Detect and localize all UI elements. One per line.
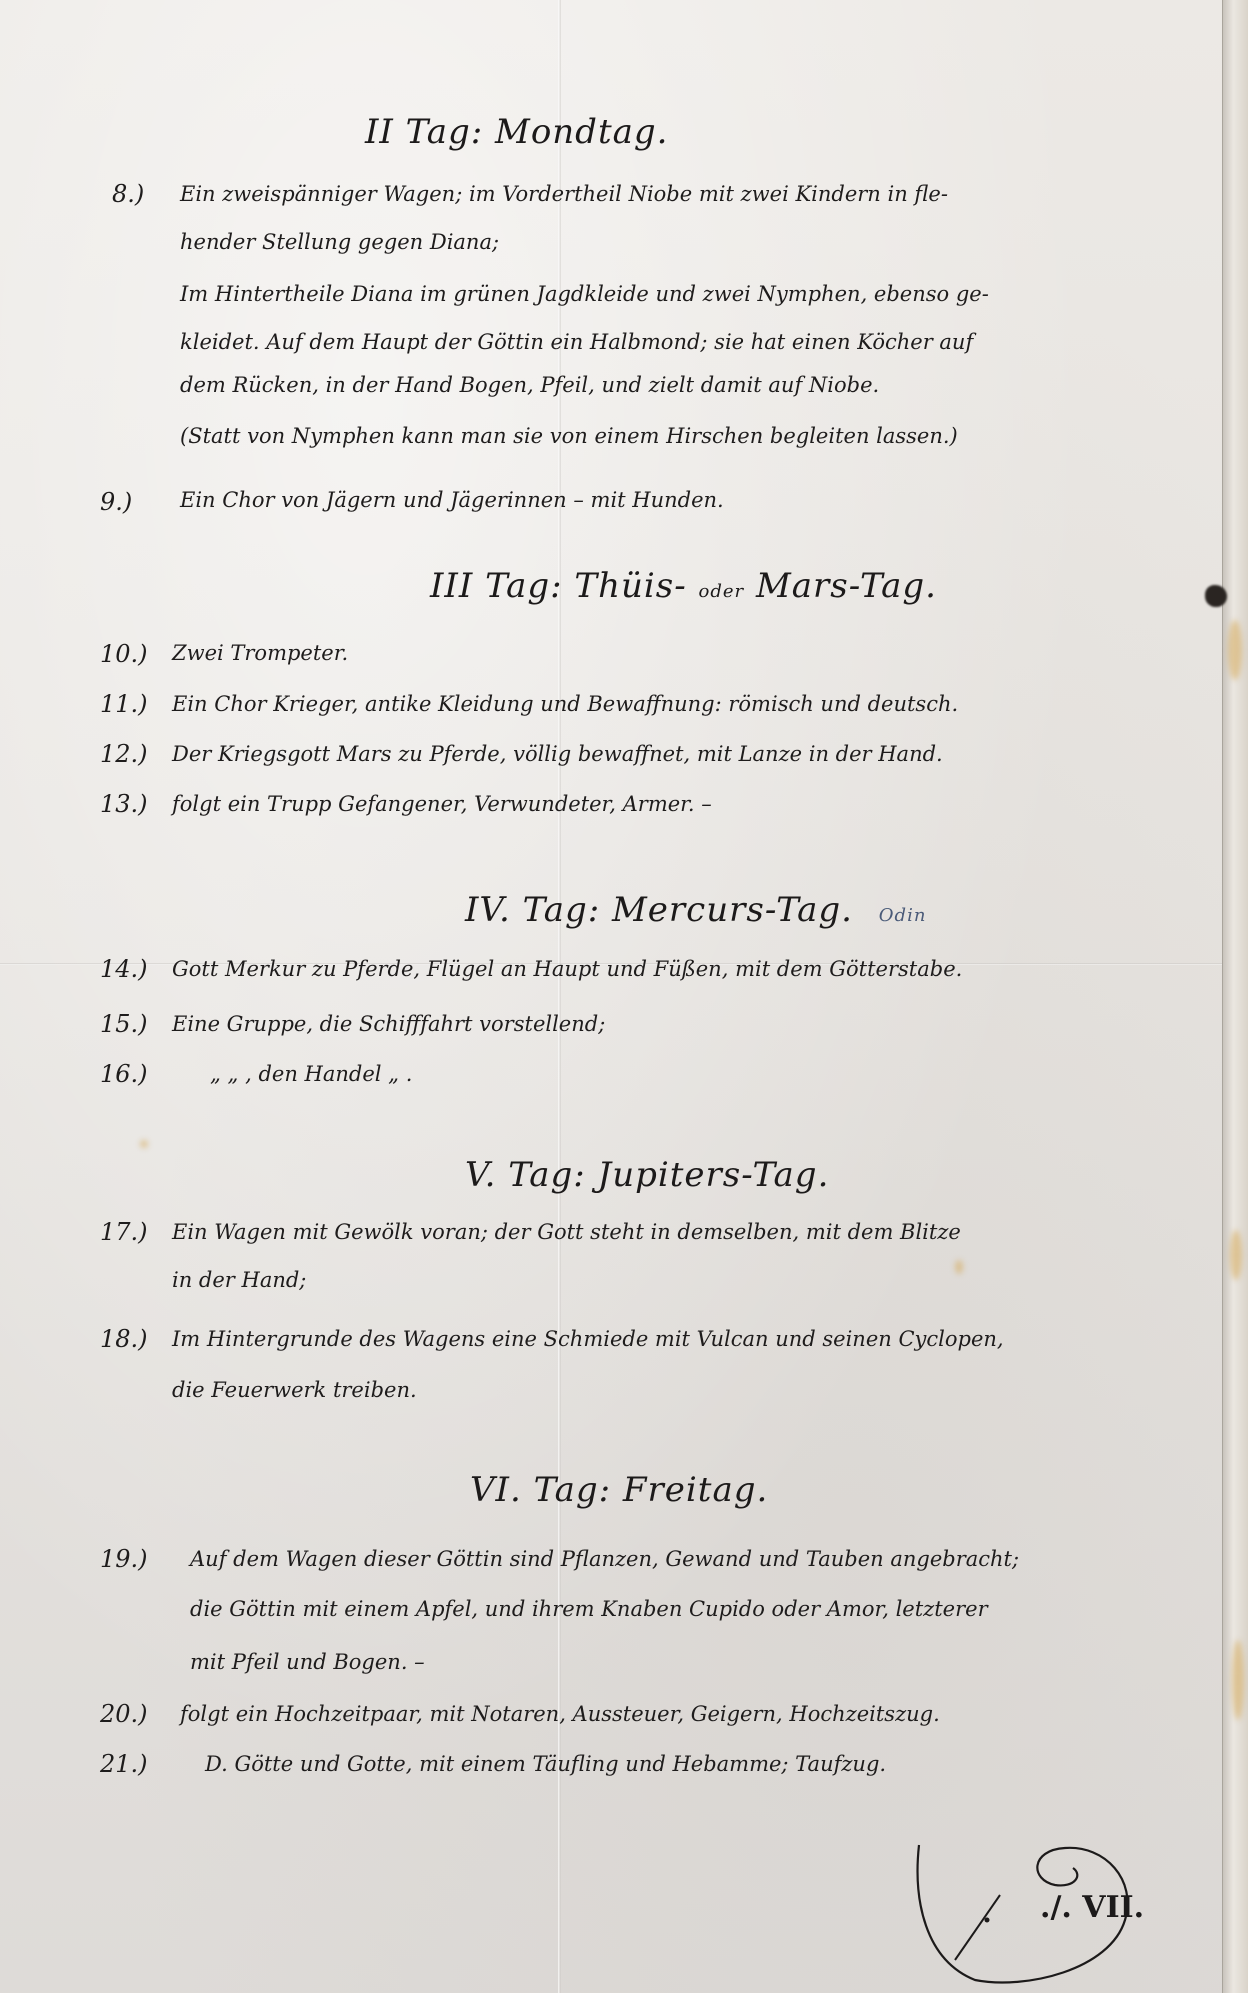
item-text-line: Im Hintertheile Diana im grünen Jagdklei… — [180, 282, 989, 306]
item-number: 14.) — [100, 955, 148, 983]
item-text-line: die Feuerwerk treiben. — [172, 1378, 417, 1402]
foxing-stain — [1232, 1640, 1244, 1720]
item-text-line: folgt ein Hochzeitpaar, mit Notaren, Aus… — [180, 1702, 940, 1726]
item-text-line: (Statt von Nymphen kann man sie von eine… — [180, 424, 958, 448]
item-text-line: Auf dem Wagen dieser Göttin sind Pflanze… — [190, 1547, 1019, 1571]
section-heading: IV. Tag: Mercurs-Tag. Odin — [465, 890, 926, 930]
item-number: 18.) — [100, 1325, 148, 1353]
item-text-line: „ „ , den Handel „ . — [210, 1062, 412, 1086]
pencil-annotation: Odin — [879, 905, 927, 926]
item-number: 11.) — [100, 690, 148, 718]
item-number: 8.) — [112, 180, 144, 208]
item-text-line: Ein Chor Krieger, antike Kleidung und Be… — [172, 692, 958, 716]
item-text-line: Ein zweispänniger Wagen; im Vordertheil … — [180, 182, 948, 206]
item-number: 19.) — [100, 1545, 148, 1573]
item-text-line: Eine Gruppe, die Schifffahrt vorstellend… — [172, 1012, 605, 1036]
page-mark: ./. VII. — [1040, 1890, 1144, 1925]
item-number: 20.) — [100, 1700, 148, 1728]
item-text-line: Zwei Trompeter. — [172, 641, 348, 665]
item-number: 9.) — [100, 488, 132, 516]
item-text-line: folgt ein Trupp Gefangener, Verwundeter,… — [172, 792, 712, 816]
item-text-line: Ein Wagen mit Gewölk voran; der Gott ste… — [172, 1220, 961, 1244]
section-heading: V. Tag: Jupiters-Tag. — [465, 1155, 829, 1195]
heading-rest: Mars-Tag. — [756, 566, 937, 606]
ink-blot — [1205, 585, 1227, 607]
heading-title: IV. Tag: Mercurs-Tag. — [465, 890, 853, 930]
heading-main: III Tag: Thüis- — [430, 566, 687, 606]
item-number: 10.) — [100, 640, 148, 668]
section-heading: II Tag: Mondtag. — [365, 112, 668, 152]
item-text-line: in der Hand; — [172, 1268, 306, 1292]
item-text-line: die Göttin mit einem Apfel, und ihrem Kn… — [190, 1597, 988, 1621]
item-number: 21.) — [100, 1750, 148, 1778]
item-number: 17.) — [100, 1218, 148, 1246]
heading-connector: oder — [699, 581, 745, 602]
foxing-stain — [140, 1140, 148, 1148]
item-text-line: D. Götte und Gotte, mit einem Täufling u… — [205, 1752, 886, 1776]
item-number: 12.) — [100, 740, 148, 768]
item-number: 16.) — [100, 1060, 148, 1088]
item-text-line: mit Pfeil und Bogen. – — [190, 1650, 425, 1674]
item-text-line: Ein Chor von Jägern und Jägerinnen – mit… — [180, 488, 724, 512]
item-text-line: Der Kriegsgott Mars zu Pferde, völlig be… — [172, 742, 943, 766]
item-number: 15.) — [100, 1010, 148, 1038]
item-text-line: hender Stellung gegen Diana; — [180, 230, 499, 254]
section-heading: VI. Tag: Freitag. — [470, 1470, 768, 1510]
section-heading: III Tag: Thüis- oder Mars-Tag. — [430, 566, 937, 606]
item-text-line: Gott Merkur zu Pferde, Flügel an Haupt u… — [172, 957, 962, 981]
item-text-line: dem Rücken, in der Hand Bogen, Pfeil, un… — [180, 373, 879, 397]
item-text-line: Im Hintergrunde des Wagens eine Schmiede… — [172, 1327, 1004, 1351]
foxing-stain — [1230, 1230, 1242, 1280]
item-number: 13.) — [100, 790, 148, 818]
foxing-stain — [1228, 620, 1242, 680]
foxing-stain — [955, 1260, 963, 1274]
item-text-line: kleidet. Auf dem Haupt der Göttin ein Ha… — [180, 330, 973, 354]
